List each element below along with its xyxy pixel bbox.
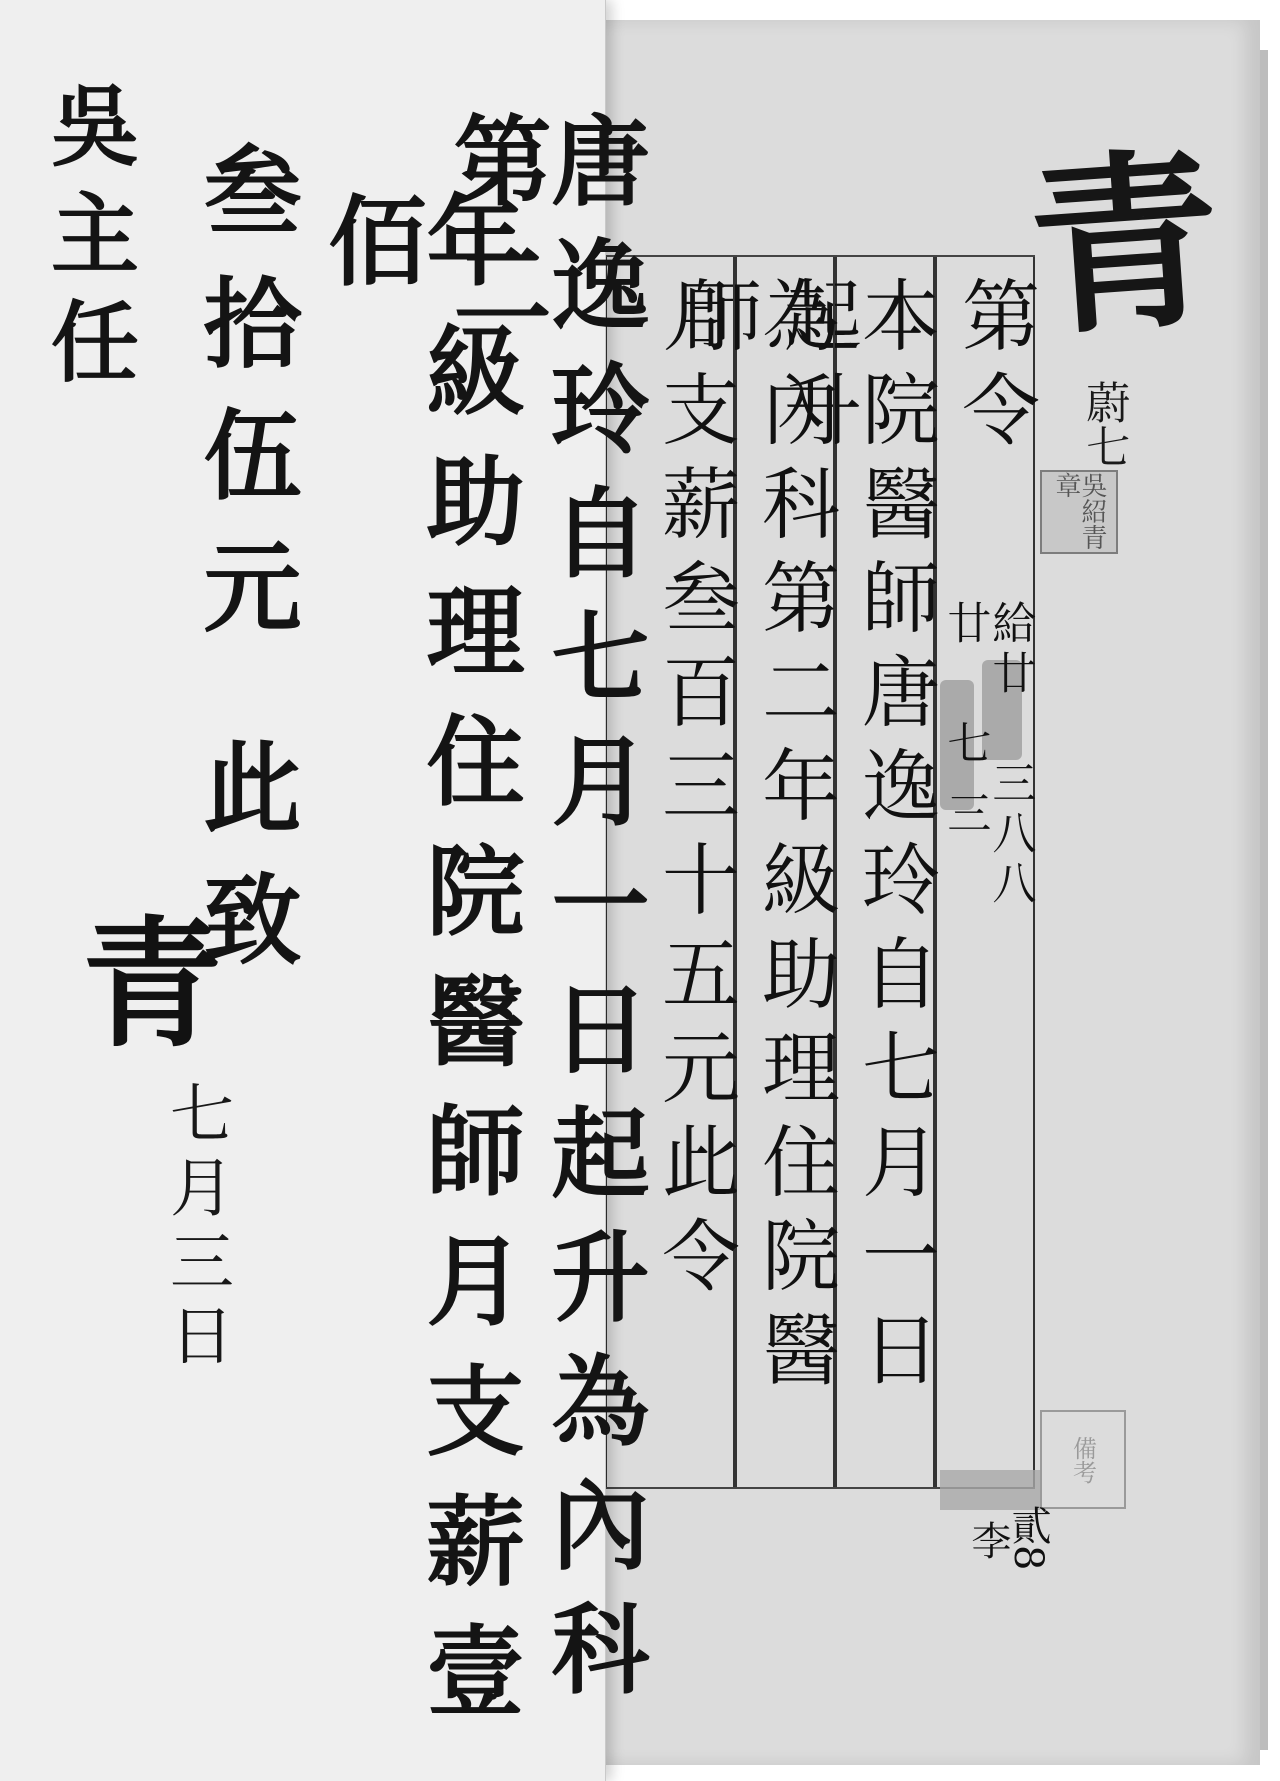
approval-mark: 青: [1024, 144, 1227, 347]
memo-signature: 青: [82, 915, 222, 1055]
footer-stamp-block: [940, 1470, 1040, 1510]
memo-addressee: 吳主任: [45, 80, 133, 404]
remarks-stamp: 備考: [1040, 1410, 1126, 1509]
footer-clerk: 李: [960, 1520, 1017, 1560]
memo-column-2: 年級助理住院醫師月支薪壹佰: [320, 190, 516, 1781]
serial-number-upper: 給廿: [985, 600, 1033, 700]
serial-number-left: 廿: [940, 600, 988, 650]
memo-slip: 唐逸玲自七月一日起升為內科第二 年級助理住院醫師月支薪壹佰 叁拾伍元 此致 吳主…: [0, 0, 606, 1781]
serial-number-mid-left: 七 三: [940, 720, 988, 840]
memo-column-3: 叁拾伍元 此致: [195, 140, 293, 1000]
page-edge: [1260, 50, 1268, 1750]
order-form-grid: 第令 本院醫師唐逸玲自七月一日起升 為內科第二年級助理住院醫師 月支薪叁百三十五…: [605, 255, 1035, 1489]
form-column-3: 為內科第二年級助理住院醫師: [735, 257, 835, 1487]
form-column-2: 本院醫師唐逸玲自七月一日起升: [835, 257, 935, 1487]
serial-number-mid: 三八八: [985, 760, 1033, 910]
memo-date: 七月三日: [150, 1080, 242, 1376]
header-annotation: 蔚七: [1080, 380, 1126, 468]
seal-stamp: 吳紹青章: [1040, 470, 1118, 554]
